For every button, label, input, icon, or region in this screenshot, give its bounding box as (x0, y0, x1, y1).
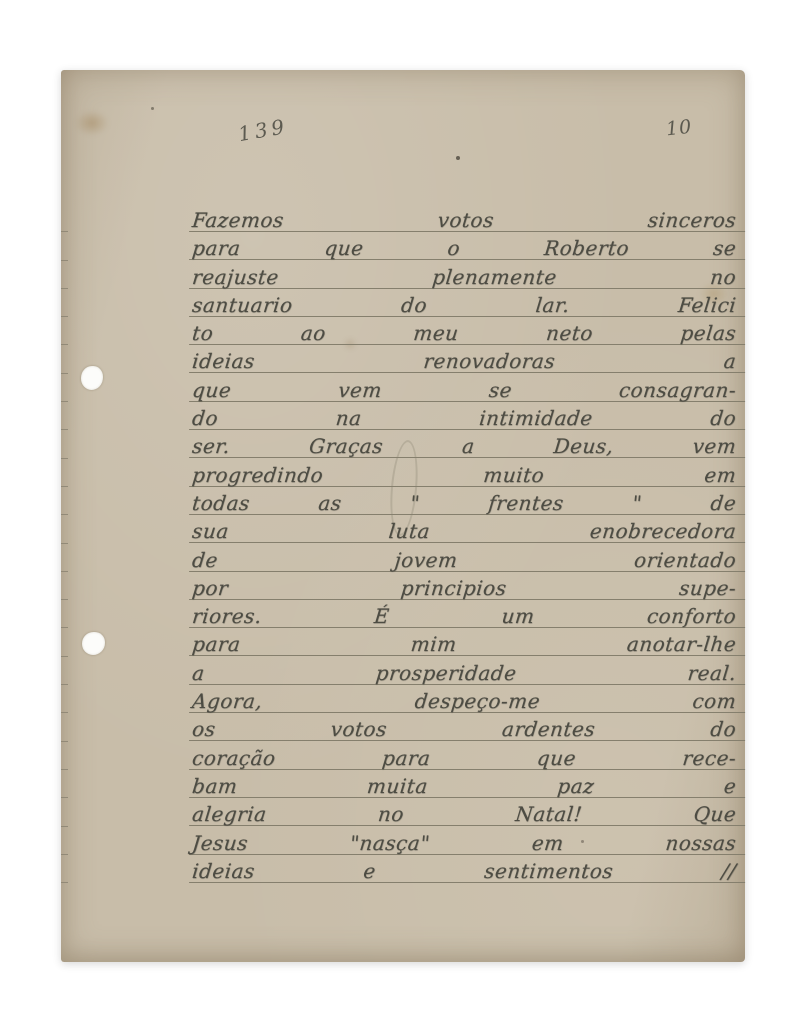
handwritten-line: riores. É um conforto (189, 600, 748, 628)
handwritten-line: do na intimidade do (189, 402, 748, 430)
letter-page: 139 10 Fazemos votos sincerospara que o … (61, 70, 745, 962)
handwritten-line: coração para que rece- (189, 742, 748, 770)
handwritten-line: reajuste plenamente no (189, 261, 748, 289)
punch-hole-top (81, 366, 103, 390)
ruled-line-stub (61, 657, 68, 685)
handwritten-line: ser. Graças a Deus, vem (189, 430, 748, 458)
ruled-line-stub (61, 742, 68, 770)
ruled-line-stub (61, 374, 68, 402)
handwritten-line: para que o Roberto se (189, 232, 748, 260)
ruled-line-stub (61, 402, 68, 430)
handwritten-line: os votos ardentes do (189, 713, 748, 741)
paper-stain (75, 110, 109, 136)
ruled-line-stub (61, 430, 68, 458)
ruled-line-stub (61, 459, 68, 487)
ruled-line-stub (61, 770, 68, 798)
handwritten-line: de jovem orientado (189, 544, 748, 572)
ruled-line-stub (61, 232, 68, 260)
ruled-line-stub (61, 685, 68, 713)
ruled-line-stub (61, 289, 68, 317)
paper-speck (456, 156, 460, 160)
handwritten-line: que vem se consagran- (189, 374, 748, 402)
handwritten-line: a prosperidade real. (189, 657, 748, 685)
ruled-line-edge-stubs (61, 204, 68, 883)
handwritten-line: ideias e sentimentos // (189, 855, 748, 883)
handwritten-line: progredindo muito em (189, 459, 748, 487)
punch-hole-bottom (82, 632, 105, 655)
catalog-number: 139 (236, 114, 290, 146)
ruled-line-stub (61, 572, 68, 600)
handwritten-line: to ao meu neto pelas (189, 317, 748, 345)
page-number: 10 (665, 116, 693, 141)
ruled-line-stub (61, 544, 68, 572)
ruled-line-stub (61, 713, 68, 741)
ruled-line-stub (61, 487, 68, 515)
ruled-line-stub (61, 515, 68, 543)
handwritten-line: alegria no Natal! Que (189, 798, 748, 826)
ruled-line-stub (61, 317, 68, 345)
ruled-line-stub (61, 345, 68, 373)
ruled-line-stub (61, 628, 68, 656)
handwritten-line: Jesus "nasça" em nossas (189, 827, 748, 855)
handwritten-line: santuario do lar. Felici (189, 289, 748, 317)
handwritten-line: Fazemos votos sinceros (189, 204, 748, 232)
ruled-line-stub (61, 261, 68, 289)
handwritten-line: Agora, despeço-me com (189, 685, 748, 713)
ruled-line-stub (61, 600, 68, 628)
ruled-line-stub (61, 204, 68, 232)
ruled-line-stub (61, 827, 68, 855)
letter-body: Fazemos votos sincerospara que o Roberto… (189, 204, 745, 883)
handwritten-line: para mim anotar-lhe (189, 628, 748, 656)
handwritten-line: todas as " frentes " de (189, 487, 748, 515)
handwritten-line: por principios supe- (189, 572, 748, 600)
handwritten-line: sua luta enobrecedora (189, 515, 748, 543)
handwritten-line: ideias renovadoras a (189, 345, 748, 373)
paper-speck (151, 107, 154, 110)
ruled-line-stub (61, 855, 68, 883)
handwritten-line: bam muita paz e (189, 770, 748, 798)
scan-background: 139 10 Fazemos votos sincerospara que o … (0, 0, 808, 1024)
ruled-line-stub (61, 798, 68, 826)
